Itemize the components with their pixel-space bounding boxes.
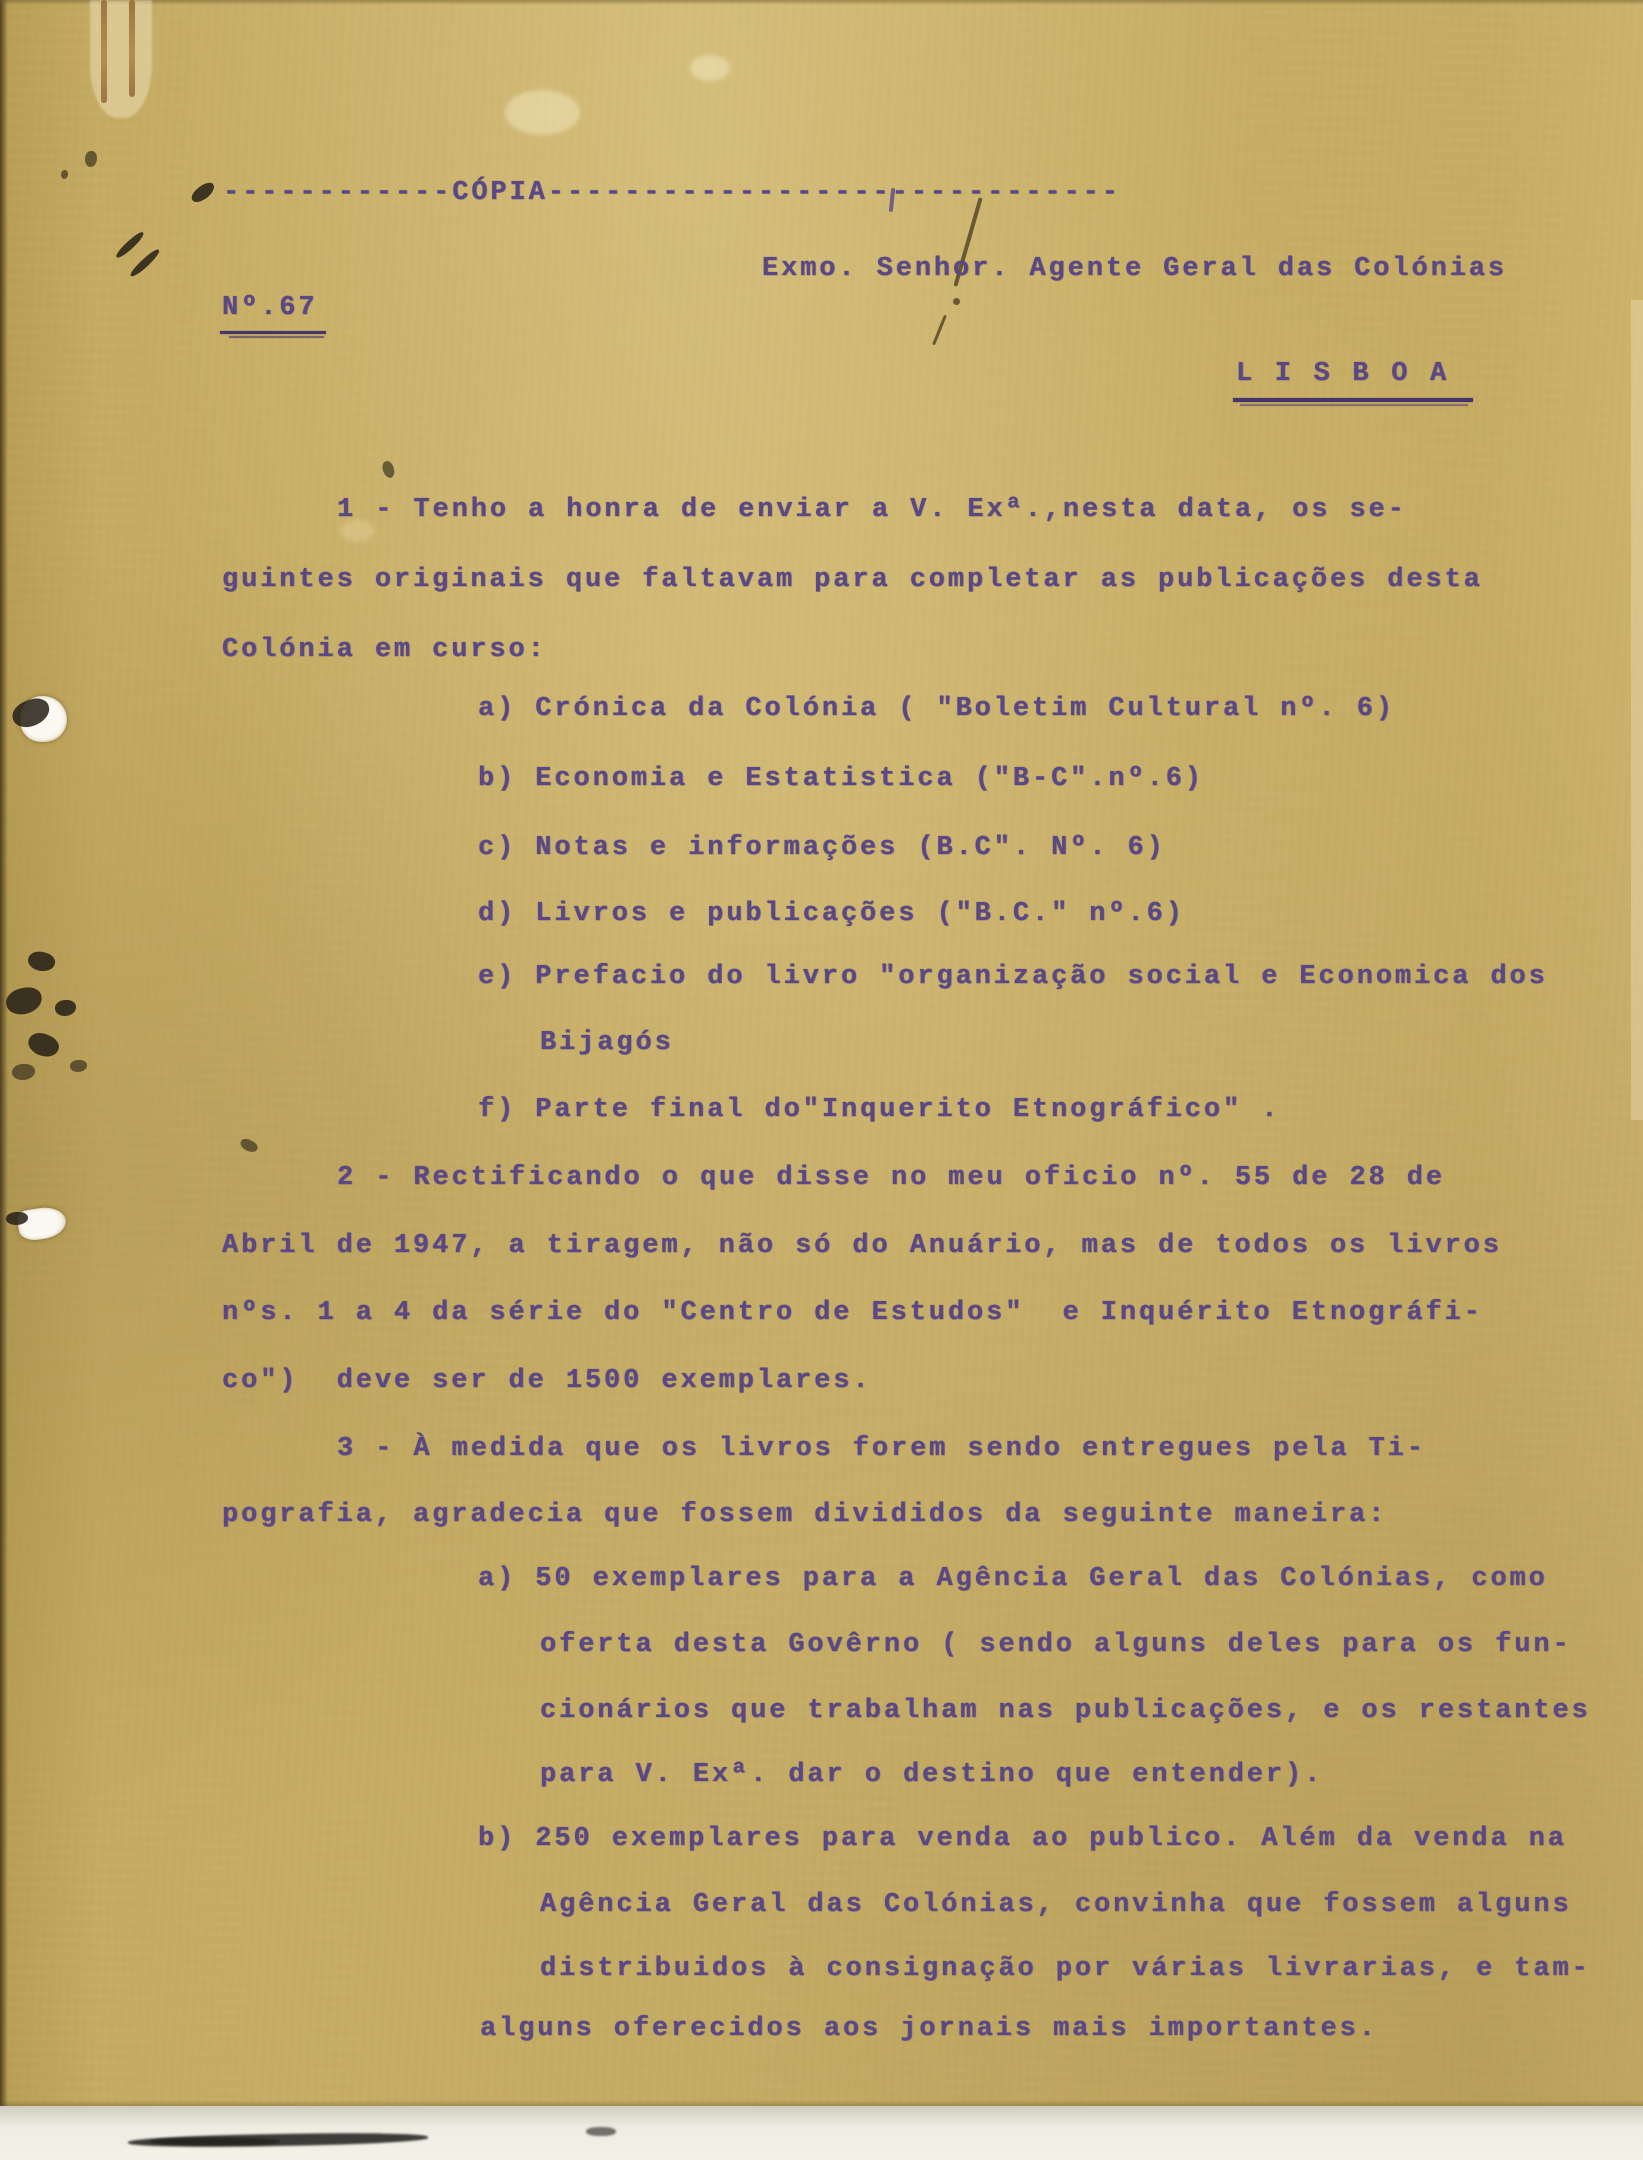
- text-line: Abril de 1947, a tiragem, não só do Anuá…: [222, 1229, 1502, 1263]
- text-line: cionários que trabalham nas publicações,…: [540, 1694, 1591, 1728]
- text-line: guintes originais que faltavam para comp…: [222, 563, 1483, 597]
- page-left-edge-shadow: [0, 0, 8, 2160]
- text-line: 2 - Rectificando o que disse no meu ofic…: [337, 1161, 1445, 1195]
- text-line: Colónia em curso:: [222, 633, 547, 667]
- text-line: c) Notas e informações (B.C". Nº. 6): [478, 831, 1166, 865]
- page-top-edge-shadow: [0, 0, 1643, 5]
- pen-dot-mark: [953, 298, 960, 305]
- reference-number-underline: [220, 331, 326, 334]
- scanner-background-strip: [0, 2106, 1643, 2160]
- scanned-letter-page: ------------CÓPIA-----------------------…: [0, 0, 1643, 2160]
- city-line: L I S B O A: [1236, 357, 1449, 391]
- text-line: para V. Exª. dar o destino que entender)…: [540, 1758, 1323, 1792]
- text-line: pografia, agradecia que fossem divididos…: [222, 1498, 1387, 1532]
- text-line: co") deve ser de 1500 exemplares.: [222, 1364, 872, 1398]
- city-underline: [1240, 404, 1468, 406]
- text-line: alguns oferecidos aos jornais mais impor…: [480, 2012, 1378, 2046]
- text-line: b) Economia e Estatistica ("B-C".nº.6): [478, 762, 1204, 796]
- staple-light-patch: [90, 0, 152, 118]
- text-line: nºs. 1 a 4 da série do "Centro de Estudo…: [222, 1296, 1483, 1330]
- text-line: Agência Geral das Colónias, convinha que…: [540, 1888, 1572, 1922]
- text-line: 1 - Tenho a honra de enviar a V. Exª.,ne…: [337, 493, 1407, 527]
- copy-separator-line: ------------CÓPIA-----------------------…: [223, 176, 1121, 210]
- addressee-line: Exmo. Senhor. Agente Geral das Colónias: [762, 252, 1507, 286]
- bottom-speck: [586, 2127, 616, 2136]
- paper-light-spot: [505, 90, 580, 135]
- bottom-smudge-core: [150, 2138, 280, 2145]
- text-line: d) Livros e publicações ("B.C." nº.6): [478, 897, 1185, 931]
- text-line: a) Crónica da Colónia ( "Boletim Cultura…: [478, 692, 1395, 726]
- paper-light-spot: [690, 55, 730, 81]
- reference-number-underline: [229, 336, 324, 338]
- staple-rust-mark: [129, 0, 135, 97]
- text-line: distribuidos à consignação por várias li…: [540, 1952, 1591, 1986]
- reference-number: Nº.67: [222, 291, 318, 325]
- text-line: b) 250 exemplares para venda ao publico.…: [478, 1822, 1567, 1856]
- text-line: a) 50 exemplares para a Agência Geral da…: [478, 1562, 1548, 1596]
- text-line: 3 - À medida que os livros forem sendo e…: [337, 1432, 1426, 1466]
- text-line: e) Prefacio do livro "organização social…: [478, 960, 1548, 994]
- city-underline: [1233, 398, 1473, 402]
- text-line: oferta desta Govêrno ( sendo alguns dele…: [540, 1628, 1572, 1662]
- text-line: Bijagós: [540, 1026, 674, 1060]
- text-line: f) Parte final do"Inquerito Etnográfico"…: [478, 1093, 1280, 1127]
- page-right-edge-highlight: [1631, 300, 1643, 1120]
- staple-rust-mark: [101, 0, 107, 103]
